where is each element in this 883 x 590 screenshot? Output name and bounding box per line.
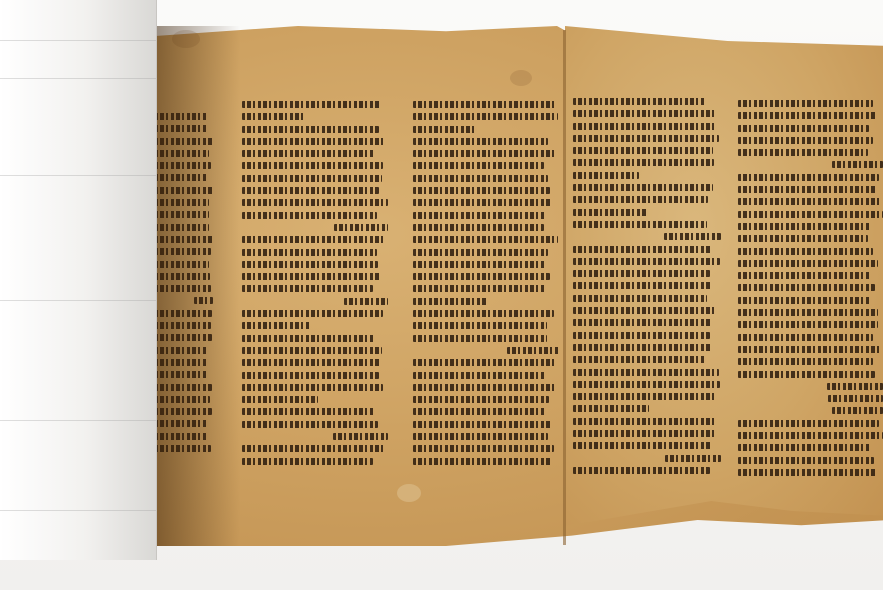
cloth-roller	[0, 0, 157, 560]
text-line	[413, 224, 544, 231]
text-line	[413, 101, 557, 108]
text-line	[413, 261, 545, 268]
text-column-3	[413, 101, 559, 465]
text-line	[413, 359, 557, 366]
text-line	[242, 285, 373, 292]
text-line	[242, 335, 375, 342]
text-line	[334, 224, 388, 231]
text-line	[573, 381, 720, 388]
text-line	[242, 273, 381, 280]
text-line	[738, 309, 878, 316]
text-line	[242, 458, 373, 465]
text-line	[242, 421, 378, 428]
text-line	[573, 209, 648, 216]
text-line	[573, 307, 716, 314]
text-line	[413, 236, 558, 243]
text-line	[832, 407, 883, 414]
text-line	[413, 372, 545, 379]
text-line	[242, 212, 377, 219]
text-line	[573, 467, 710, 474]
text-line	[573, 147, 713, 154]
text-line	[242, 372, 379, 379]
text-line	[573, 282, 711, 289]
text-line	[738, 149, 868, 156]
text-line	[413, 249, 548, 256]
text-line	[573, 356, 706, 363]
text-line	[738, 371, 875, 378]
text-line	[573, 246, 711, 253]
text-line	[344, 298, 388, 305]
text-line	[664, 233, 721, 240]
text-line	[738, 211, 883, 218]
text-line	[573, 418, 715, 425]
text-line	[413, 126, 477, 133]
text-line	[738, 112, 876, 119]
text-line	[413, 212, 546, 219]
text-line	[573, 405, 649, 412]
text-line	[413, 335, 547, 342]
text-line	[242, 175, 382, 182]
text-line	[413, 408, 545, 415]
text-line	[738, 248, 873, 255]
sheet-seam	[563, 30, 566, 545]
text-line	[242, 199, 388, 206]
text-line	[738, 186, 876, 193]
text-line	[573, 196, 708, 203]
text-line	[242, 150, 375, 157]
text-line	[413, 175, 548, 182]
text-column-4	[573, 98, 721, 474]
text-line	[242, 445, 386, 452]
text-line	[738, 260, 878, 267]
text-line	[573, 430, 715, 437]
text-line	[413, 162, 544, 169]
text-line	[242, 101, 381, 108]
text-line	[738, 334, 873, 341]
text-column-2	[242, 101, 388, 465]
text-line	[573, 332, 710, 339]
text-line	[573, 184, 713, 191]
text-line	[242, 396, 318, 403]
text-line	[242, 408, 375, 415]
text-line	[827, 383, 883, 390]
text-line	[413, 150, 557, 157]
text-line	[738, 420, 879, 427]
text-line	[738, 297, 871, 304]
text-line	[573, 295, 707, 302]
text-line	[242, 113, 306, 120]
text-line	[573, 110, 717, 117]
text-line	[413, 433, 548, 440]
text-line	[413, 421, 551, 428]
text-line	[242, 187, 379, 194]
text-line	[573, 258, 720, 265]
text-line	[242, 126, 379, 133]
text-line	[573, 270, 710, 277]
text-line	[738, 346, 880, 353]
text-line	[832, 161, 883, 168]
roll-shadow	[150, 26, 240, 546]
text-line	[573, 172, 639, 179]
text-line	[242, 310, 383, 317]
text-line	[573, 221, 707, 228]
text-line	[413, 187, 550, 194]
text-line	[242, 359, 381, 366]
text-line	[738, 174, 879, 181]
text-line	[738, 432, 883, 439]
text-line	[242, 322, 310, 329]
stain	[397, 484, 421, 502]
text-line	[242, 249, 377, 256]
text-line	[738, 358, 873, 365]
text-line	[242, 347, 382, 354]
text-line	[738, 444, 871, 451]
text-line	[738, 457, 874, 464]
text-line	[738, 198, 881, 205]
text-line	[413, 445, 554, 452]
text-line	[242, 138, 386, 145]
text-line	[738, 272, 871, 279]
text-line	[738, 469, 877, 476]
text-line	[828, 395, 883, 402]
text-line	[738, 321, 878, 328]
text-line	[242, 384, 383, 391]
text-line	[573, 442, 712, 449]
text-line	[573, 98, 706, 105]
text-line	[573, 123, 715, 130]
text-line	[413, 458, 552, 465]
text-line	[573, 344, 711, 351]
text-line	[242, 261, 378, 268]
text-column-5	[738, 100, 883, 476]
text-line	[413, 298, 487, 305]
text-line	[573, 135, 719, 142]
text-line	[507, 347, 559, 354]
text-line	[413, 396, 549, 403]
text-line	[738, 284, 875, 291]
text-line	[242, 236, 385, 243]
text-line	[413, 310, 554, 317]
text-line	[413, 384, 556, 391]
text-line	[738, 137, 873, 144]
text-line	[242, 162, 383, 169]
stain	[510, 70, 532, 86]
text-line	[333, 433, 388, 440]
text-line	[665, 455, 721, 462]
text-line	[738, 125, 869, 132]
text-line	[413, 322, 547, 329]
text-line	[573, 393, 716, 400]
text-line	[573, 369, 719, 376]
text-line	[738, 100, 873, 107]
text-line	[573, 159, 714, 166]
text-line	[413, 138, 548, 145]
text-line	[413, 273, 550, 280]
text-line	[413, 285, 546, 292]
text-line	[738, 235, 868, 242]
text-line	[738, 223, 871, 230]
text-line	[573, 319, 712, 326]
text-line	[413, 199, 552, 206]
text-line	[413, 113, 558, 120]
